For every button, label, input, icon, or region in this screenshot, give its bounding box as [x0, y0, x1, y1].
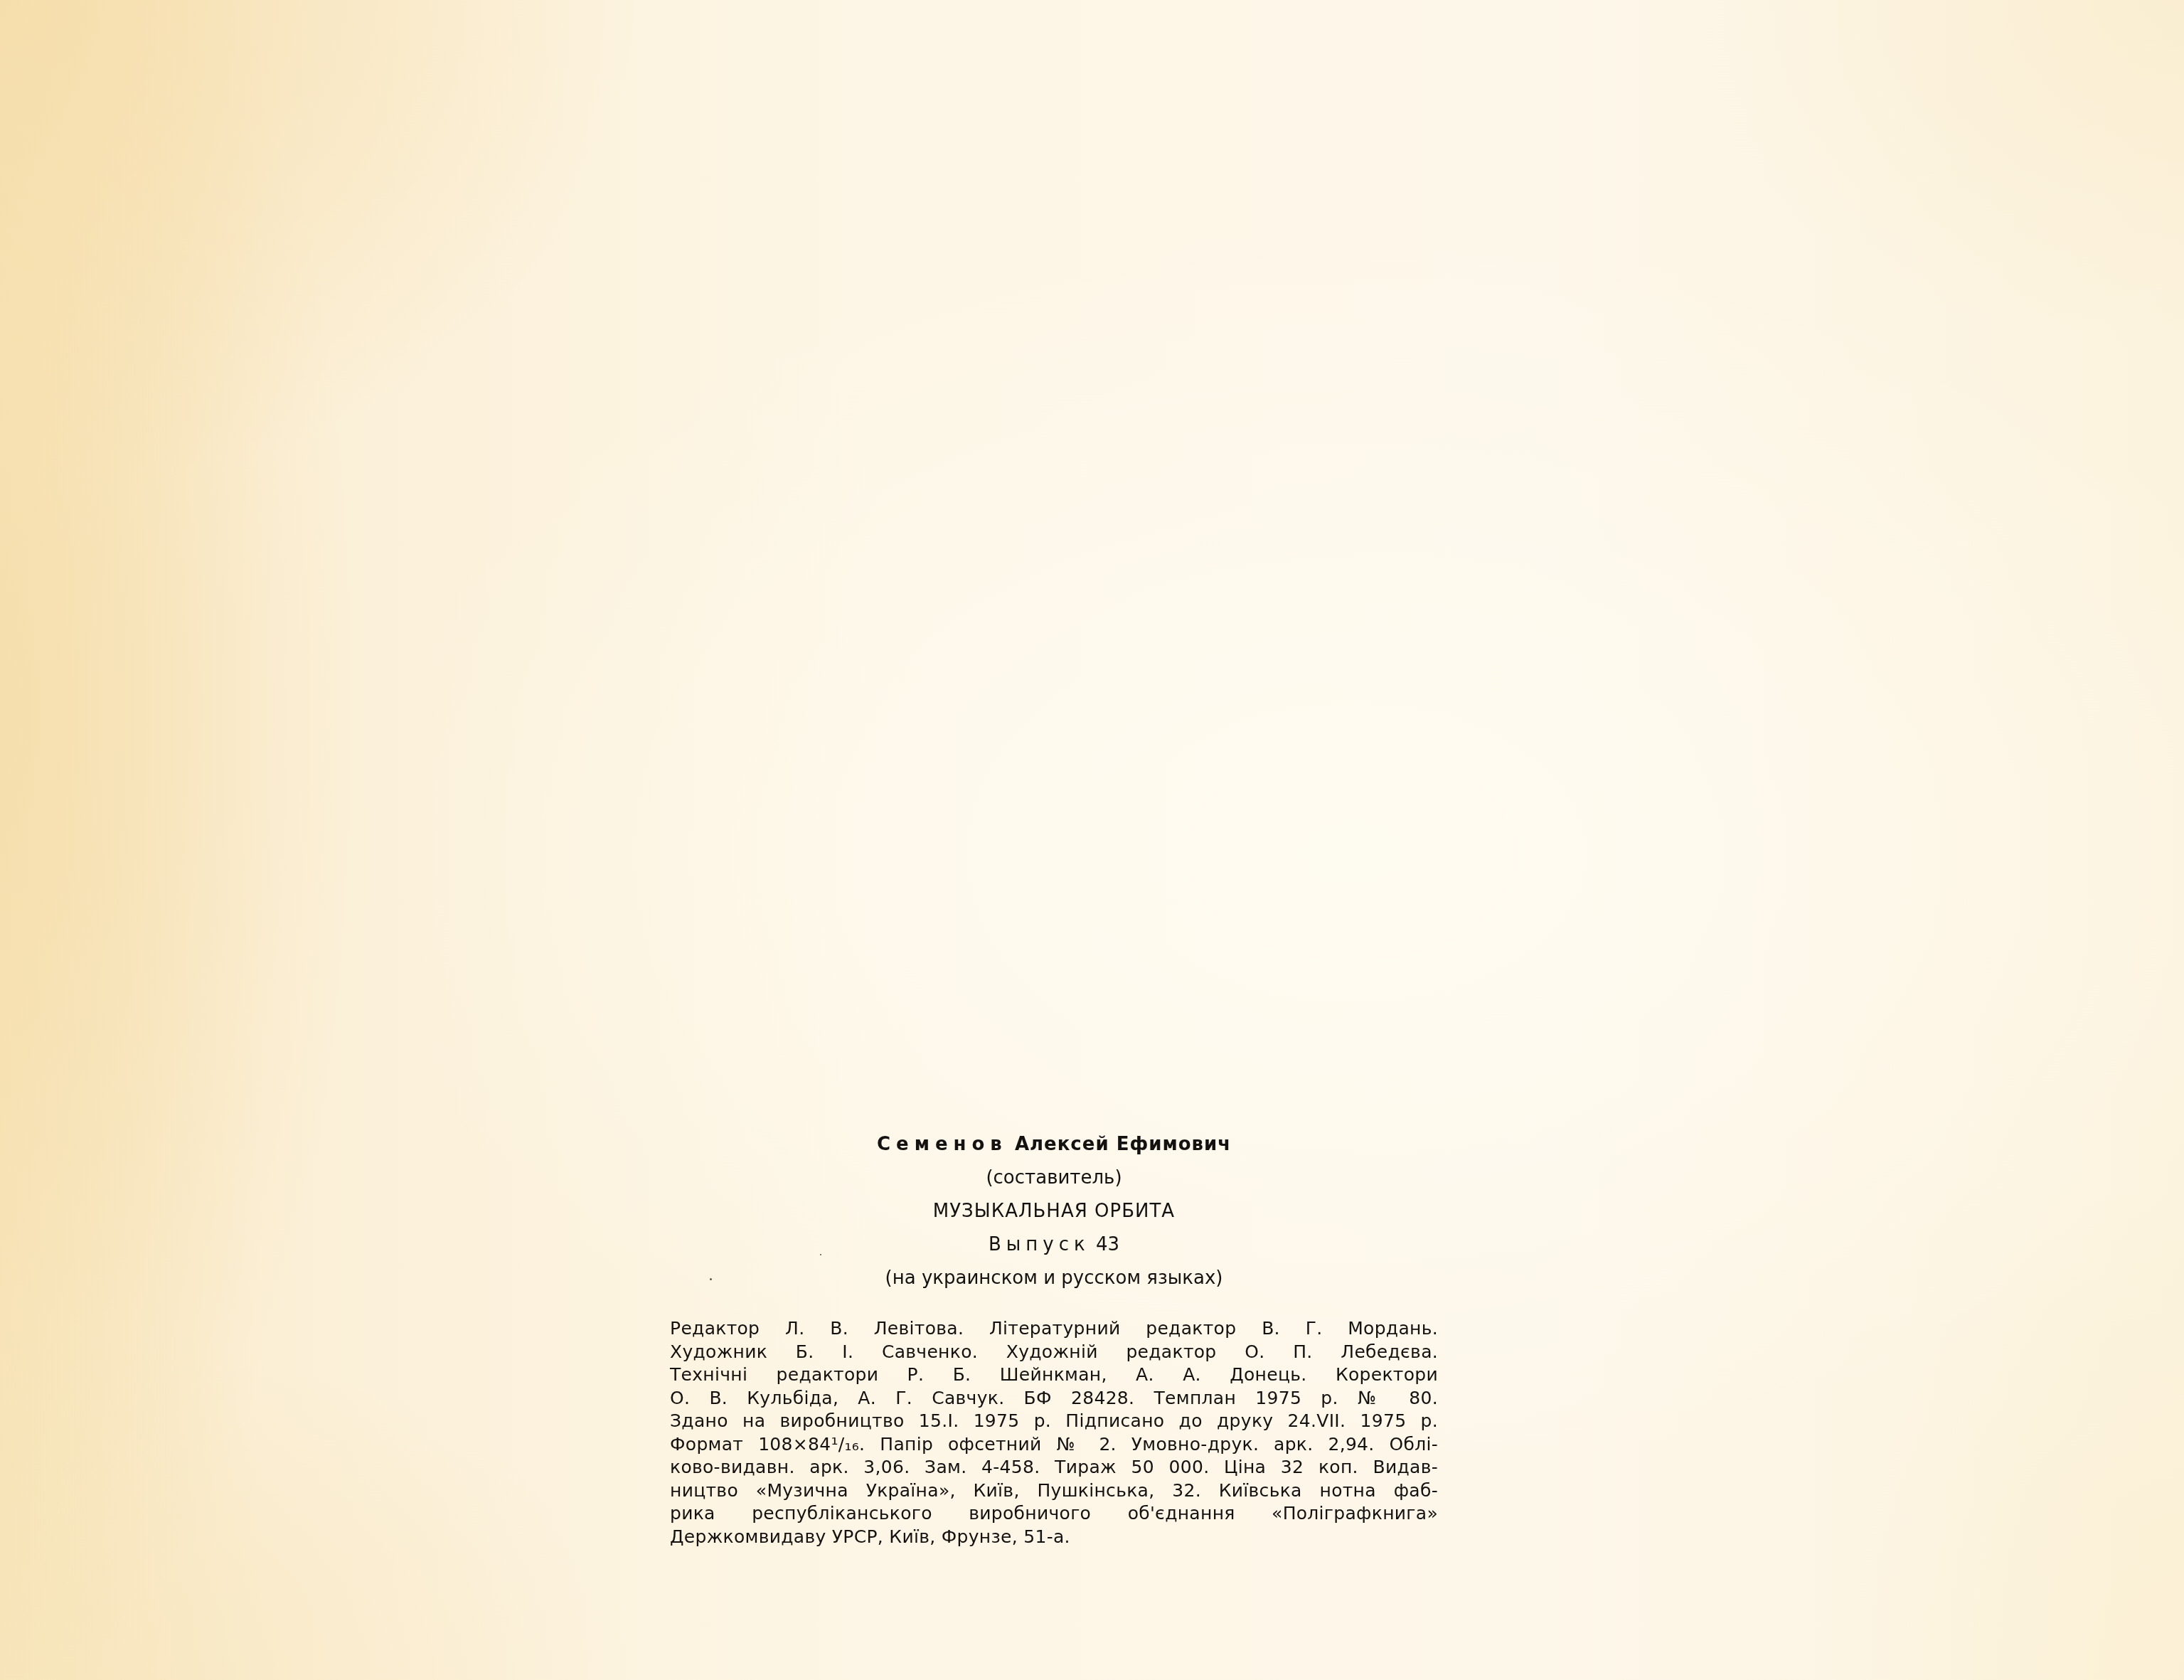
issue-value: 43 [1096, 1234, 1119, 1255]
issue-number: Выпуск 43 [670, 1234, 1438, 1255]
author-name: Семенов Алексей Ефимович [670, 1134, 1438, 1155]
issue-label: Выпуск [989, 1234, 1090, 1255]
imprint-line: Технічні редактори Р. Б. Шейнкман, А. А.… [670, 1363, 1438, 1387]
imprint-line: ництво «Музична Україна», Київ, Пушкінсь… [670, 1479, 1438, 1503]
book-title: МУЗЫКАЛЬНАЯ ОРБИТА [670, 1201, 1438, 1222]
language-note: (на украинском и русском языках) [670, 1267, 1438, 1289]
imprint-line: Формат 108×84¹/₁₆. Папір офсетний № 2. У… [670, 1433, 1438, 1457]
author-role: (составитель) [670, 1167, 1438, 1189]
scanned-page: Семенов Алексей Ефимович (составитель) М… [0, 0, 2184, 1680]
imprint-line: Редактор Л. В. Левітова. Літературний ре… [670, 1317, 1438, 1341]
imprint-line: Здано на виробництво 15.І. 1975 р. Підпи… [670, 1410, 1438, 1433]
imprint-line: ково-видавн. арк. 3,06. Зам. 4-458. Тира… [670, 1456, 1438, 1479]
imprint-text: Редактор Л. В. Левітова. Літературний ре… [670, 1317, 1438, 1548]
author-surname: Семенов [877, 1134, 1008, 1155]
author-given-names: Алексей Ефимович [1015, 1134, 1231, 1155]
imprint-line: Держкомвидаву УРСР, Київ, Фрунзе, 51-а. [670, 1526, 1438, 1549]
colophon-header: Семенов Алексей Ефимович (составитель) М… [670, 1134, 1438, 1289]
colophon-block: Семенов Алексей Ефимович (составитель) М… [670, 1134, 1438, 1548]
imprint-line: рика республіканського виробничого об'єд… [670, 1502, 1438, 1526]
imprint-line: Художник Б. І. Савченко. Художній редакт… [670, 1341, 1438, 1364]
imprint-line: О. В. Кульбіда, А. Г. Савчук. БФ 28428. … [670, 1387, 1438, 1410]
